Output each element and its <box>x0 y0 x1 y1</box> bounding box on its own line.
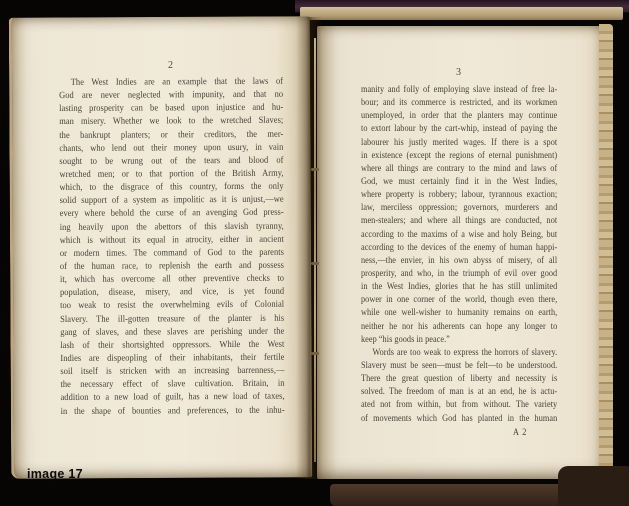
text-line: to extort labour by the cart-whip, inste… <box>361 123 557 136</box>
text-line: keep “his goods in peace.” <box>361 334 557 347</box>
text-line: wretched men; or to that portion of the … <box>59 168 283 182</box>
text-line: There the great question of liberty and … <box>361 373 557 386</box>
text-line: bour; and its commerce is restricted, an… <box>361 97 557 110</box>
text-line: of movements which God has planted in th… <box>361 413 557 426</box>
text-line: law, merciless oppression; governors, mu… <box>361 202 557 215</box>
binding-stitch <box>311 262 319 265</box>
text-line: every where behold the curse of an aveng… <box>60 207 284 221</box>
text-line: neither he nor his adherents can hope an… <box>361 321 557 334</box>
text-line: Slavery must be seen—must be felt—to be … <box>361 360 557 373</box>
book-photo: 2 3 The West Indies are an example that … <box>0 0 629 506</box>
page-stack-top-edge <box>300 7 623 20</box>
text-line: which, to the disgrace of this country, … <box>59 181 283 195</box>
text-line: The West Indies are an example that the … <box>59 76 283 90</box>
signature-mark: A 2 <box>361 427 557 440</box>
text-line: Words are too weak to express the horror… <box>361 347 557 360</box>
text-line: lash of their shortsighted oppressors. W… <box>60 339 284 353</box>
text-line: where property is robbery; labour, tyran… <box>361 189 557 202</box>
page-number-left: 2 <box>59 60 283 71</box>
left-page-text: The West Indies are an example that the … <box>59 76 285 419</box>
text-line: addition to a new load of guilt, has a n… <box>60 391 284 405</box>
text-line: the necessary effect of slave cultivatio… <box>60 378 284 392</box>
text-line: unemployed, in order that the planters m… <box>361 110 557 123</box>
text-line: ing heavily upon the abettors of this sl… <box>60 220 284 234</box>
right-page-text: manity and folly of employing slave inst… <box>361 84 557 440</box>
text-line: in existence (except the regions of eter… <box>361 150 557 163</box>
text-line: power in one corner of the world, though… <box>361 294 557 307</box>
text-line: prosperity, and who, in the triumph of e… <box>361 268 557 281</box>
image-label: image 17 <box>27 467 83 481</box>
text-line: Slavery. The ill-gotten treasure of the … <box>60 312 284 326</box>
text-line: it, which has overcome all other prevent… <box>60 273 284 287</box>
text-line: in the West Indies, glories that he has … <box>361 281 557 294</box>
text-line: the bankrupt planters; or their creditor… <box>59 128 283 142</box>
text-line: population, disease, misery, and vice, i… <box>60 286 284 300</box>
text-line: where all things are contrary to the min… <box>361 163 557 176</box>
text-line: gang of slaves, and these slaves are per… <box>60 325 284 339</box>
text-line: while one well-wisher to humanity remain… <box>361 307 557 320</box>
text-line: too weak to resist the overwhelming evil… <box>60 299 284 313</box>
text-line: Indies are dispeopling of their inhabita… <box>60 352 284 366</box>
text-line: ated not from within, but from without. … <box>361 399 557 412</box>
text-line: God, we must certainly find it in the We… <box>361 176 557 189</box>
text-line: man misery. Whether we look to the wretc… <box>59 115 283 129</box>
text-line: God are never neglected with impunity, a… <box>59 89 283 103</box>
text-line: ness,—the envier, in his own abyss of mi… <box>361 255 557 268</box>
text-line: which is without its equal in atrocity, … <box>60 233 284 247</box>
binding-thread <box>314 38 316 462</box>
text-line: or modern times. The command of God to t… <box>60 247 284 261</box>
page-stack-fore-edge <box>599 24 613 474</box>
text-line: labourer his justly merited wages. If th… <box>361 137 557 150</box>
text-line: according to the devices of the enemy of… <box>361 242 557 255</box>
text-line: solved. The freedom of man is at an end,… <box>361 386 557 399</box>
binding-stitch <box>311 168 319 171</box>
text-line: chants, who lend out their money upon us… <box>59 141 283 155</box>
text-line: of the human race, to replenish the eart… <box>60 260 284 274</box>
text-line: solid support of a system as impolitic a… <box>60 194 284 208</box>
binding-stitch <box>311 352 319 355</box>
page-number-right: 3 <box>361 67 557 78</box>
text-line: manity and folly of employing slave inst… <box>361 84 557 97</box>
text-line: lasting prosperity can be based upon inj… <box>59 102 283 116</box>
book-cover-corner <box>558 466 629 506</box>
text-line: sought to be wrung out of the tears and … <box>59 155 283 169</box>
text-line: soil itself is stricken with an increasi… <box>60 365 284 379</box>
text-line: men-stealers; and where all things are c… <box>361 215 557 228</box>
text-line: according to the maxims of a wise and ho… <box>361 229 557 242</box>
text-line: in the shape of bounties and preferences… <box>61 404 285 418</box>
